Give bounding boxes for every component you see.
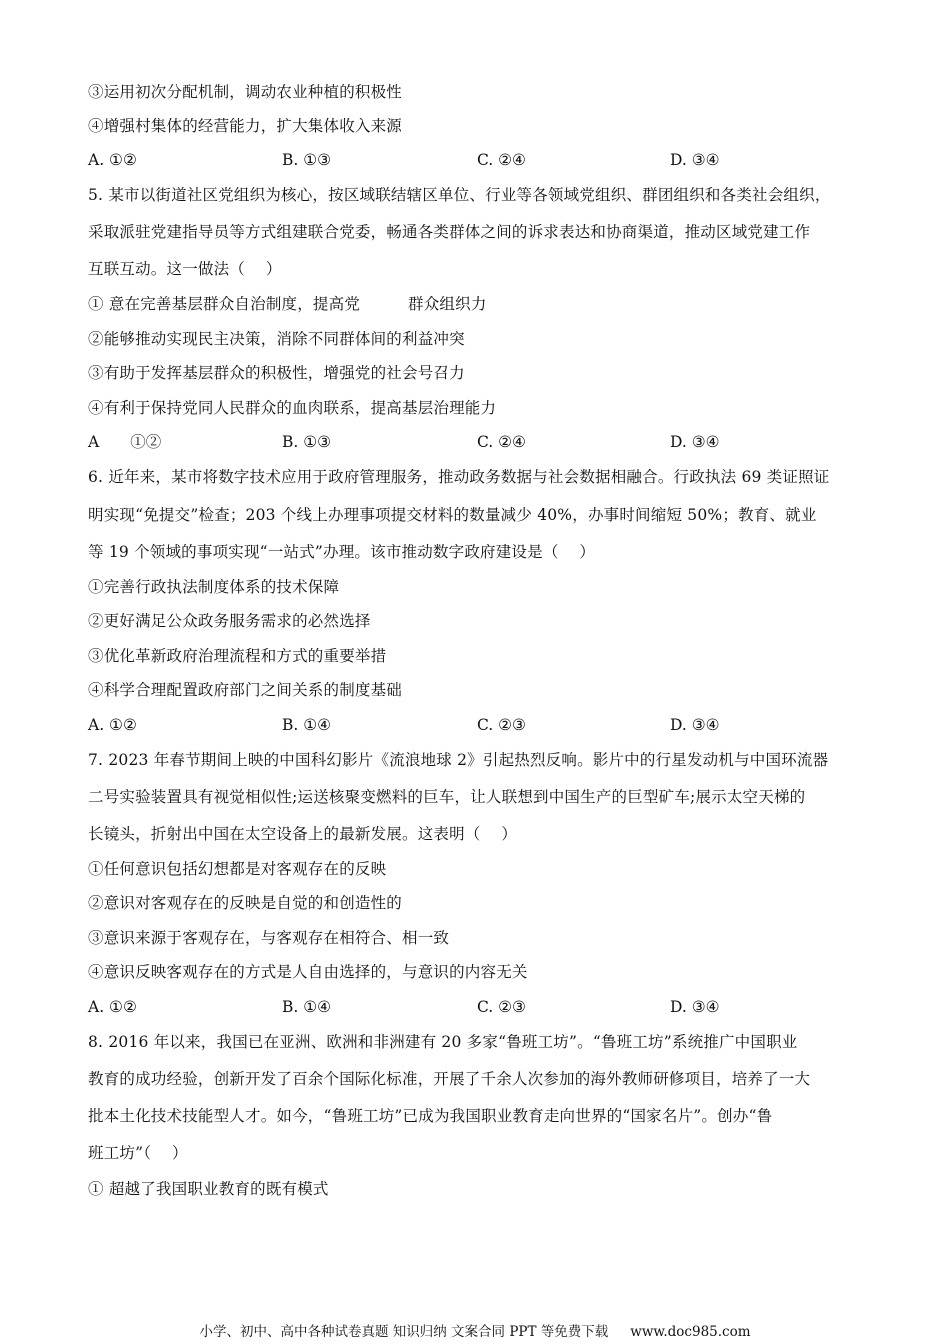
q5-option-a: A ①② xyxy=(88,432,161,452)
q6-stem-line-2: 明实现“免提交”检查；203 个线上办理事项提交材料的数量减少 40%，办事时间… xyxy=(88,505,868,525)
q7-statement-4: ④意识反映客观存在的方式是人自由选择的，与意识的内容无关 xyxy=(88,962,868,982)
q5-stem-line-2: 采取派驻党建指导员等方式组建联合党委，畅通各类群体之间的诉求表达和协商渠道，推动… xyxy=(88,222,868,242)
q6-stem-line-3: 等 19 个领域的事项实现“一站式”办理。该市推动数字政府建设是（ ） xyxy=(88,542,868,562)
q8-stem-line-3: 批本土化技术技能型人才。如今，“鲁班工坊”已成为我国职业教育走向世界的“国家名片… xyxy=(88,1106,868,1126)
q6-options: A. ①② B. ①④ C. ②③ D. ③④ xyxy=(88,715,868,735)
exam-page: ③运用初次分配机制，调动农业种植的积极性 ④增强村集体的经营能力，扩大集体收入来… xyxy=(0,0,950,1344)
q5-statement-1-part2: 群众组织力 xyxy=(408,295,487,313)
q7-option-a: A. ①② xyxy=(88,997,137,1017)
q7-option-c: C. ②③ xyxy=(477,997,526,1017)
q8-stem-line-4: 班工坊”（ ） xyxy=(88,1143,868,1163)
q5-statement-3: ③有助于发挥基层群众的积极性，增强党的社会号召力 xyxy=(88,363,868,383)
q5-option-b: B. ①③ xyxy=(282,432,331,452)
q7-statement-2: ②意识对客观存在的反映是自觉的和创造性的 xyxy=(88,893,868,913)
q5-option-d: D. ③④ xyxy=(670,432,720,452)
q6-statement-4: ④科学合理配置政府部门之间关系的制度基础 xyxy=(88,680,868,700)
q7-statement-1: ①任何意识包括幻想都是对客观存在的反映 xyxy=(88,859,868,879)
footer-url-link[interactable]: www.doc985.com xyxy=(630,1324,750,1340)
q7-stem-line-2: 二号实验装置具有视觉相似性;运送核聚变燃料的巨车，让人联想到中国生产的巨型矿车;… xyxy=(88,787,868,807)
q6-option-d: D. ③④ xyxy=(670,715,720,735)
q7-stem-line-1: 7. 2023 年春节期间上映的中国科幻影片《流浪地球 2》引起热烈反响。影片中… xyxy=(88,750,868,770)
q5-options: A ①② B. ①③ C. ②④ D. ③④ xyxy=(88,432,868,452)
q5-stem-line-1: 5. 某市以街道社区党组织为核心，按区域联结辖区单位、行业等各领域党组织、群团组… xyxy=(88,185,868,205)
q6-option-b: B. ①④ xyxy=(282,715,331,735)
q5-stem-line-3: 互联互动。这一做法（ ） xyxy=(88,259,868,279)
q5-statement-2: ②能够推动实现民主决策，消除不同群体间的利益冲突 xyxy=(88,329,868,349)
q5-statement-4: ④有利于保持党同人民群众的血肉联系，提高基层治理能力 xyxy=(88,398,868,418)
q7-options: A. ①② B. ①④ C. ②③ D. ③④ xyxy=(88,997,868,1017)
page-footer: 小学、初中、高中各种试卷真题 知识归纳 文案合同 PPT 等免费下载www.do… xyxy=(0,1323,950,1341)
q4-statement-4: ④增强村集体的经营能力，扩大集体收入来源 xyxy=(88,116,868,136)
q4-option-d: D. ③④ xyxy=(670,150,720,170)
q5-statement-1-part1: ① 意在完善基层群众自治制度，提高党 xyxy=(88,295,360,313)
q6-option-c: C. ②③ xyxy=(477,715,526,735)
q7-statement-3: ③意识来源于客观存在，与客观存在相符合、相一致 xyxy=(88,928,868,948)
q8-statement-1: ① 超越了我国职业教育的既有模式 xyxy=(88,1179,868,1199)
q6-option-a: A. ①② xyxy=(88,715,137,735)
q8-stem-line-2: 教育的成功经验，创新开发了百余个国际化标准，开展了千余人次参加的海外教师研修项目… xyxy=(88,1069,868,1089)
q4-statement-3: ③运用初次分配机制，调动农业种植的积极性 xyxy=(88,82,868,102)
q6-statement-1: ①完善行政执法制度体系的技术保障 xyxy=(88,577,868,597)
q4-option-c: C. ②④ xyxy=(477,150,526,170)
q7-option-d: D. ③④ xyxy=(670,997,720,1017)
q4-options: A. ①② B. ①③ C. ②④ D. ③④ xyxy=(88,150,868,170)
q7-stem-line-3: 长镜头，折射出中国在太空设备上的最新发展。这表明（ ） xyxy=(88,824,868,844)
q6-stem-line-1: 6. 近年来，某市将数字技术应用于政府管理服务，推动政务数据与社会数据相融合。行… xyxy=(88,467,868,487)
q4-option-b: B. ①③ xyxy=(282,150,331,170)
q7-option-b: B. ①④ xyxy=(282,997,331,1017)
footer-text: 小学、初中、高中各种试卷真题 知识归纳 文案合同 PPT 等免费下载 xyxy=(199,1324,608,1340)
q5-option-c: C. ②④ xyxy=(477,432,526,452)
q6-statement-2: ②更好满足公众政务服务需求的必然选择 xyxy=(88,611,868,631)
q6-statement-3: ③优化革新政府治理流程和方式的重要举措 xyxy=(88,646,868,666)
q4-option-a: A. ①② xyxy=(88,150,137,170)
q5-statement-1: ① 意在完善基层群众自治制度，提高党群众组织力 xyxy=(88,294,868,314)
q8-stem-line-1: 8. 2016 年以来，我国已在亚洲、欧洲和非洲建有 20 多家“鲁班工坊”。“… xyxy=(88,1032,868,1052)
